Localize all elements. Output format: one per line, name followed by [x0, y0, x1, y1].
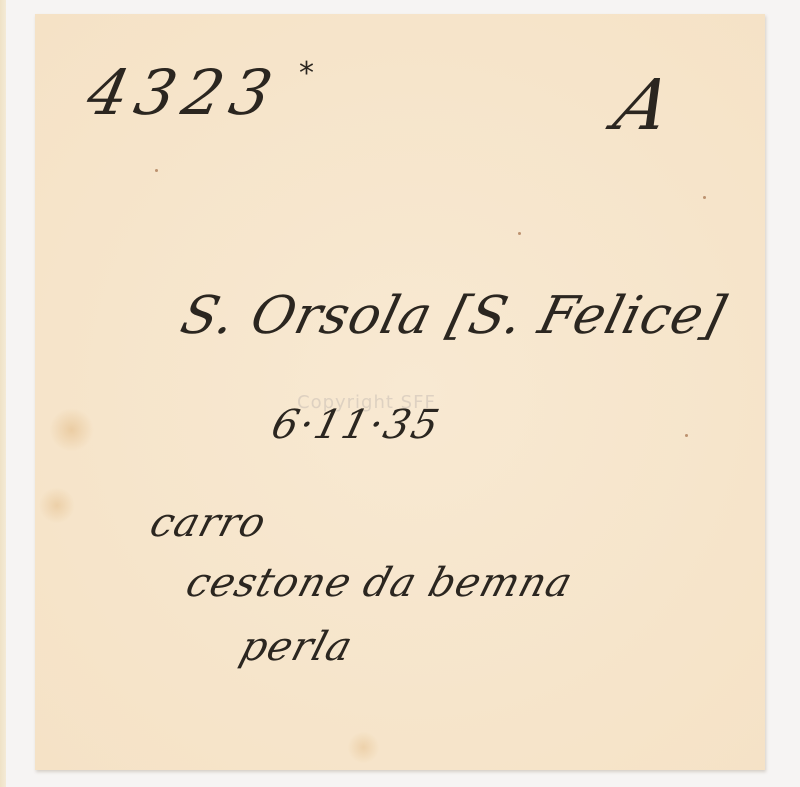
- date: 6·11·35: [267, 402, 445, 448]
- scan-background: 4323 * A S. Orsola [S. Felice] Copyright…: [0, 0, 800, 787]
- item-line: carro: [145, 500, 272, 546]
- star-mark-icon: *: [299, 56, 314, 91]
- paper-speck: [685, 434, 688, 437]
- paper-speck: [703, 196, 706, 199]
- adjacent-paper-edge: [0, 0, 6, 787]
- item-line: perla: [235, 624, 358, 670]
- paper-speck: [518, 232, 521, 235]
- catalog-number: 4323: [81, 56, 286, 129]
- item-line: cestone da bemna: [181, 560, 578, 606]
- section-letter: A: [605, 64, 682, 146]
- archival-label-card: 4323 * A S. Orsola [S. Felice] Copyright…: [35, 14, 765, 770]
- paper-speck: [155, 169, 158, 172]
- place-name: S. Orsola [S. Felice]: [175, 286, 732, 346]
